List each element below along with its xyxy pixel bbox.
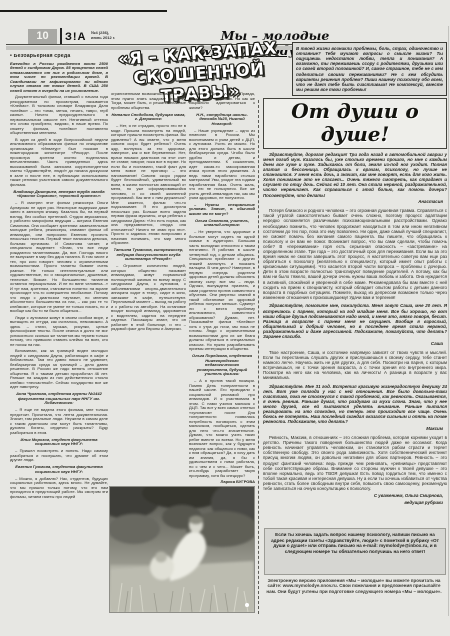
speaker-name: Владимир Дмитриев, ветеран труда завода … [10, 190, 108, 199]
header-divider [60, 28, 62, 45]
speaker-name: Наталия Сподобова, будущая мама, г. Дзер… [111, 113, 186, 122]
psychology-column: В твоей жизни возникли проблемы, боль, с… [263, 42, 447, 546]
speaker-name: Н.Н., сотрудница школы-детсада №25, Нижн… [189, 113, 255, 127]
scan-edge-line [0, 10, 167, 12]
letter-signature: Анастасия [263, 199, 443, 204]
paragraph: – Нет, я не страдаю, просто это не в мод… [111, 124, 186, 246]
issue-info: №4 (236), июнь 2012 г. [91, 31, 115, 41]
psychologist-reply: Потеря близкого и родного человека – это… [263, 208, 447, 300]
reader-letter: Здравствуйте, помогите мне, пожалуйста. … [263, 303, 447, 339]
paragraph: – Можно, я добавлю? Нас, студентов, буду… [10, 477, 108, 500]
speaker-name: Илья Морозов, студент факультета социаль… [10, 438, 108, 447]
columnist-signature: С уважением, Ольга Смирнова, [263, 493, 443, 498]
newspaper-page: 10 З!А №4 (236), июнь 2012 г. Мы – молод… [0, 0, 450, 636]
issue-date: июнь 2012 г. [91, 36, 115, 41]
speaker-name: Евгения Громова, студентка факультета со… [10, 465, 108, 474]
letters-and-replies: Здравствуйте, дорогая редакция! Три года… [263, 152, 447, 546]
article-column-a: ограниченными возможностями, что об этом… [111, 92, 186, 485]
reader-letter: Здравствуйте, дорогая редакция! Три года… [263, 152, 447, 198]
paragraph: – Я смотрел этот фильм режиссера Ольги А… [10, 201, 108, 314]
page-number: 10 [28, 29, 57, 44]
letter-signature: Максим [263, 426, 443, 431]
paragraph: проблема. Дети учатся. Правда, отдельно … [189, 92, 255, 110]
psychologist-reply: Твое настроение, Саша, и состояние напря… [263, 350, 447, 381]
contact-box: Если ты хочешь задать вопрос нашему псих… [264, 528, 446, 575]
speaker-name: Ольга Порейкова, студентка Нижегородског… [189, 354, 255, 377]
photo-mother-child-in-grass [110, 487, 254, 612]
paragraph: Вспоминаю, как за границей видел молодых… [10, 349, 108, 390]
reader-letter: Здравствуйте. Мне 31 год. Встретил краси… [263, 384, 447, 425]
lead-paragraph: Ежегодно в России рождается около 2500 д… [10, 62, 108, 94]
paragraph: – Огромное количество людей, которых общ… [111, 264, 186, 332]
speaker-name: Ольга Семанова, учитель, инвалид-опорник… [189, 219, 255, 228]
paragraph: – Наше учреждение – одно из немногих в Р… [189, 129, 255, 201]
letter-signature: Саша [263, 341, 443, 346]
section-title: От души о душе! [291, 99, 418, 146]
article-column-b: проблема. Дети учатся. Правда, отдельно … [189, 92, 255, 485]
columnist-signature: ведущая рубрики [263, 500, 443, 505]
speaker-name: Анна Чуканова, студентка группы №1442 фа… [10, 392, 108, 406]
psychologist-reply: Ревность, Максим, в отношениях – это сло… [263, 435, 447, 491]
paragraph: – Не уверена, что здоровые и больные мог… [189, 230, 255, 352]
paragraph: Документальный фильм, ставший с начала г… [10, 95, 108, 136]
paragraph: В один из дней в ходе Всероссийской неде… [10, 138, 108, 188]
interview-question: – Нужны специальные условия. Значит, в о… [189, 203, 255, 217]
left-column: • Безбарьерная среда Ежегодно в России р… [10, 54, 108, 610]
paragraph: Люди с аутизмом живут в своем особом мир… [10, 316, 108, 348]
page-right-edge [448, 26, 449, 616]
speaker-name: Татьяна Туманина, кинорежиссер, ведущая … [111, 248, 186, 262]
paragraph: – Пришел посмотреть и понять. Надо самом… [10, 449, 108, 463]
author-byline: Лариса БУГРОВА [189, 480, 255, 485]
website-note: Электронную версию приложения «Мы – моло… [264, 578, 444, 594]
paragraph: – Я еще не видела этого фильма, мне толь… [10, 408, 108, 435]
column-divider-dashed [258, 100, 259, 614]
newspaper-logo: З!А [65, 31, 87, 43]
article-photo [110, 487, 254, 612]
promo-box: В твоей жизни возникли проблемы, боль, с… [292, 42, 447, 96]
rubric-label: • Безбарьерная среда [10, 54, 108, 59]
section-title-box: От души о душе! [263, 98, 447, 149]
paragraph: ограниченными возможностями, что об этом… [111, 92, 186, 110]
paragraph: – А я против такой позиции. Помню День т… [189, 379, 255, 478]
